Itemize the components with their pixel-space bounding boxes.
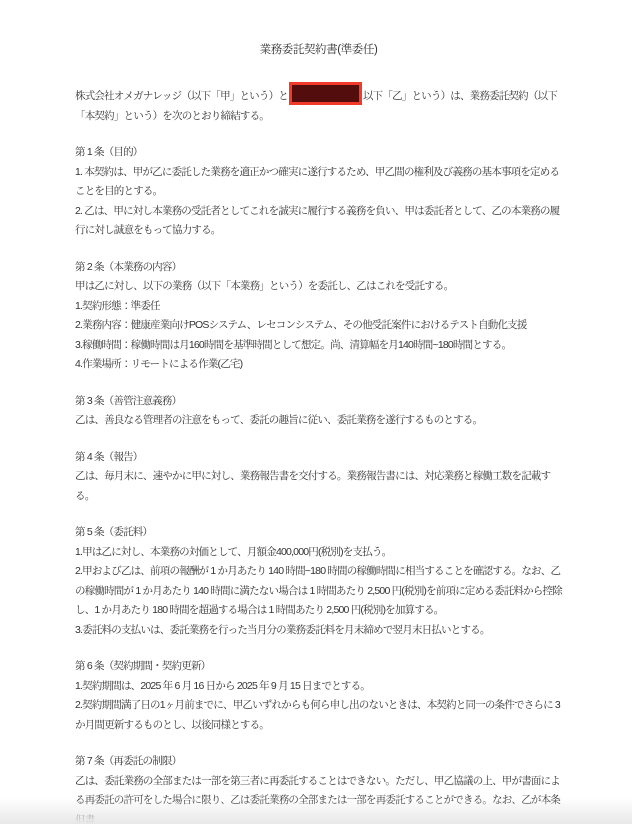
document-page: 業務委託契約書(準委任) 株式会社オメガナレッジ（以下「甲」という）と以下「乙」… xyxy=(0,0,632,824)
article-section-1: 第 1 条（目的） 1. 本契約は、甲が乙に委託した業務を適正かつ確実に遂行する… xyxy=(75,143,562,241)
article-paragraph: 2.甲および乙は、前項の報酬が 1 か月あたり 140 時間~180 時間の稼働… xyxy=(75,562,562,621)
article-paragraph: 乙は、毎月末に、速やかに甲に対し、業務報告書を交付する。業務報告書には、対応業務… xyxy=(75,467,562,506)
article-paragraph: 1.甲は乙に対し、本業務の対価として、月額金400,000円(税別)を支払う。 xyxy=(75,543,562,563)
article-heading: 第 3 条（善管注意義務） xyxy=(75,392,562,412)
intro-paragraph: 株式会社オメガナレッジ（以下「甲」という）と以下「乙」という）は、業務委託契約（… xyxy=(75,82,562,126)
article-heading: 第 5 条（委託料） xyxy=(75,523,562,543)
article-paragraph: 1. 本契約は、甲が乙に委託した業務を適正かつ確実に遂行するため、甲乙間の権利及… xyxy=(75,163,562,202)
article-paragraph: 2. 乙は、甲に対し本業務の受託者としてこれを誠実に履行する義務を負い、甲は委託… xyxy=(75,202,562,241)
article-section-3: 第 3 条（善管注意義務） 乙は、善良なる管理者の注意をもって、委託の趣旨に従い… xyxy=(75,392,562,431)
article-section-2: 第 2 条（本業務の内容） 甲は乙に対し、以下の業務（以下「本業務」という）を委… xyxy=(75,258,562,375)
article-section-5: 第 5 条（委託料） 1.甲は乙に対し、本業務の対価として、月額金400,000… xyxy=(75,523,562,640)
article-paragraph: 甲は乙に対し、以下の業務（以下「本業務」という）を委託し、乙はこれを受託する。 xyxy=(75,277,562,297)
article-section-4: 第 4 条（報告） 乙は、毎月末に、速やかに甲に対し、業務報告書を交付する。業務… xyxy=(75,448,562,507)
article-paragraph: 1.契約期間は、2025 年 6 月 16 日から 2025 年 9 月 15 … xyxy=(75,677,562,697)
article-heading: 第 1 条（目的） xyxy=(75,143,562,163)
article-heading: 第 4 条（報告） xyxy=(75,448,562,468)
article-paragraph: 乙は、善良なる管理者の注意をもって、委託の趣旨に従い、委託業務を遂行するものとす… xyxy=(75,411,562,431)
article-paragraph: 3.稼働時間：稼働時間は月160時間を基準時間として想定。尚、清算幅を月140時… xyxy=(75,336,562,356)
article-paragraph: 2.契約期間満了日の1ヶ月前までに、甲乙いずれからも何ら申し出のないときは、本契… xyxy=(75,696,562,735)
article-paragraph: 1.契約形態：準委任 xyxy=(75,297,562,317)
article-paragraph: 乙は、委託業務の全部または一部を第三者に再委託することはできない。ただし、甲乙協… xyxy=(75,772,562,824)
article-paragraph: 4.作業場所：リモートによる作業(乙宅) xyxy=(75,355,562,375)
article-section-7: 第 7 条（再委託の制限） 乙は、委託業務の全部または一部を第三者に再委託するこ… xyxy=(75,752,562,824)
redaction-box xyxy=(289,82,362,105)
article-paragraph: 2.業務内容：健康産業向けPOSシステム、レセコンシステム、その他受託案件におけ… xyxy=(75,316,562,336)
document-title: 業務委託契約書(準委任) xyxy=(75,42,562,58)
article-heading: 第 7 条（再委託の制限） xyxy=(75,752,562,772)
article-heading: 第 6 条（契約期間・契約更新） xyxy=(75,657,562,677)
article-heading: 第 2 条（本業務の内容） xyxy=(75,258,562,278)
article-paragraph: 3.委託料の支払いは、委託業務を行った当月分の業務委託料を月末締めで翌月末日払い… xyxy=(75,621,562,641)
intro-text-before-redaction: 株式会社オメガナレッジ（以下「甲」という）と xyxy=(75,90,288,102)
article-section-6: 第 6 条（契約期間・契約更新） 1.契約期間は、2025 年 6 月 16 日… xyxy=(75,657,562,735)
